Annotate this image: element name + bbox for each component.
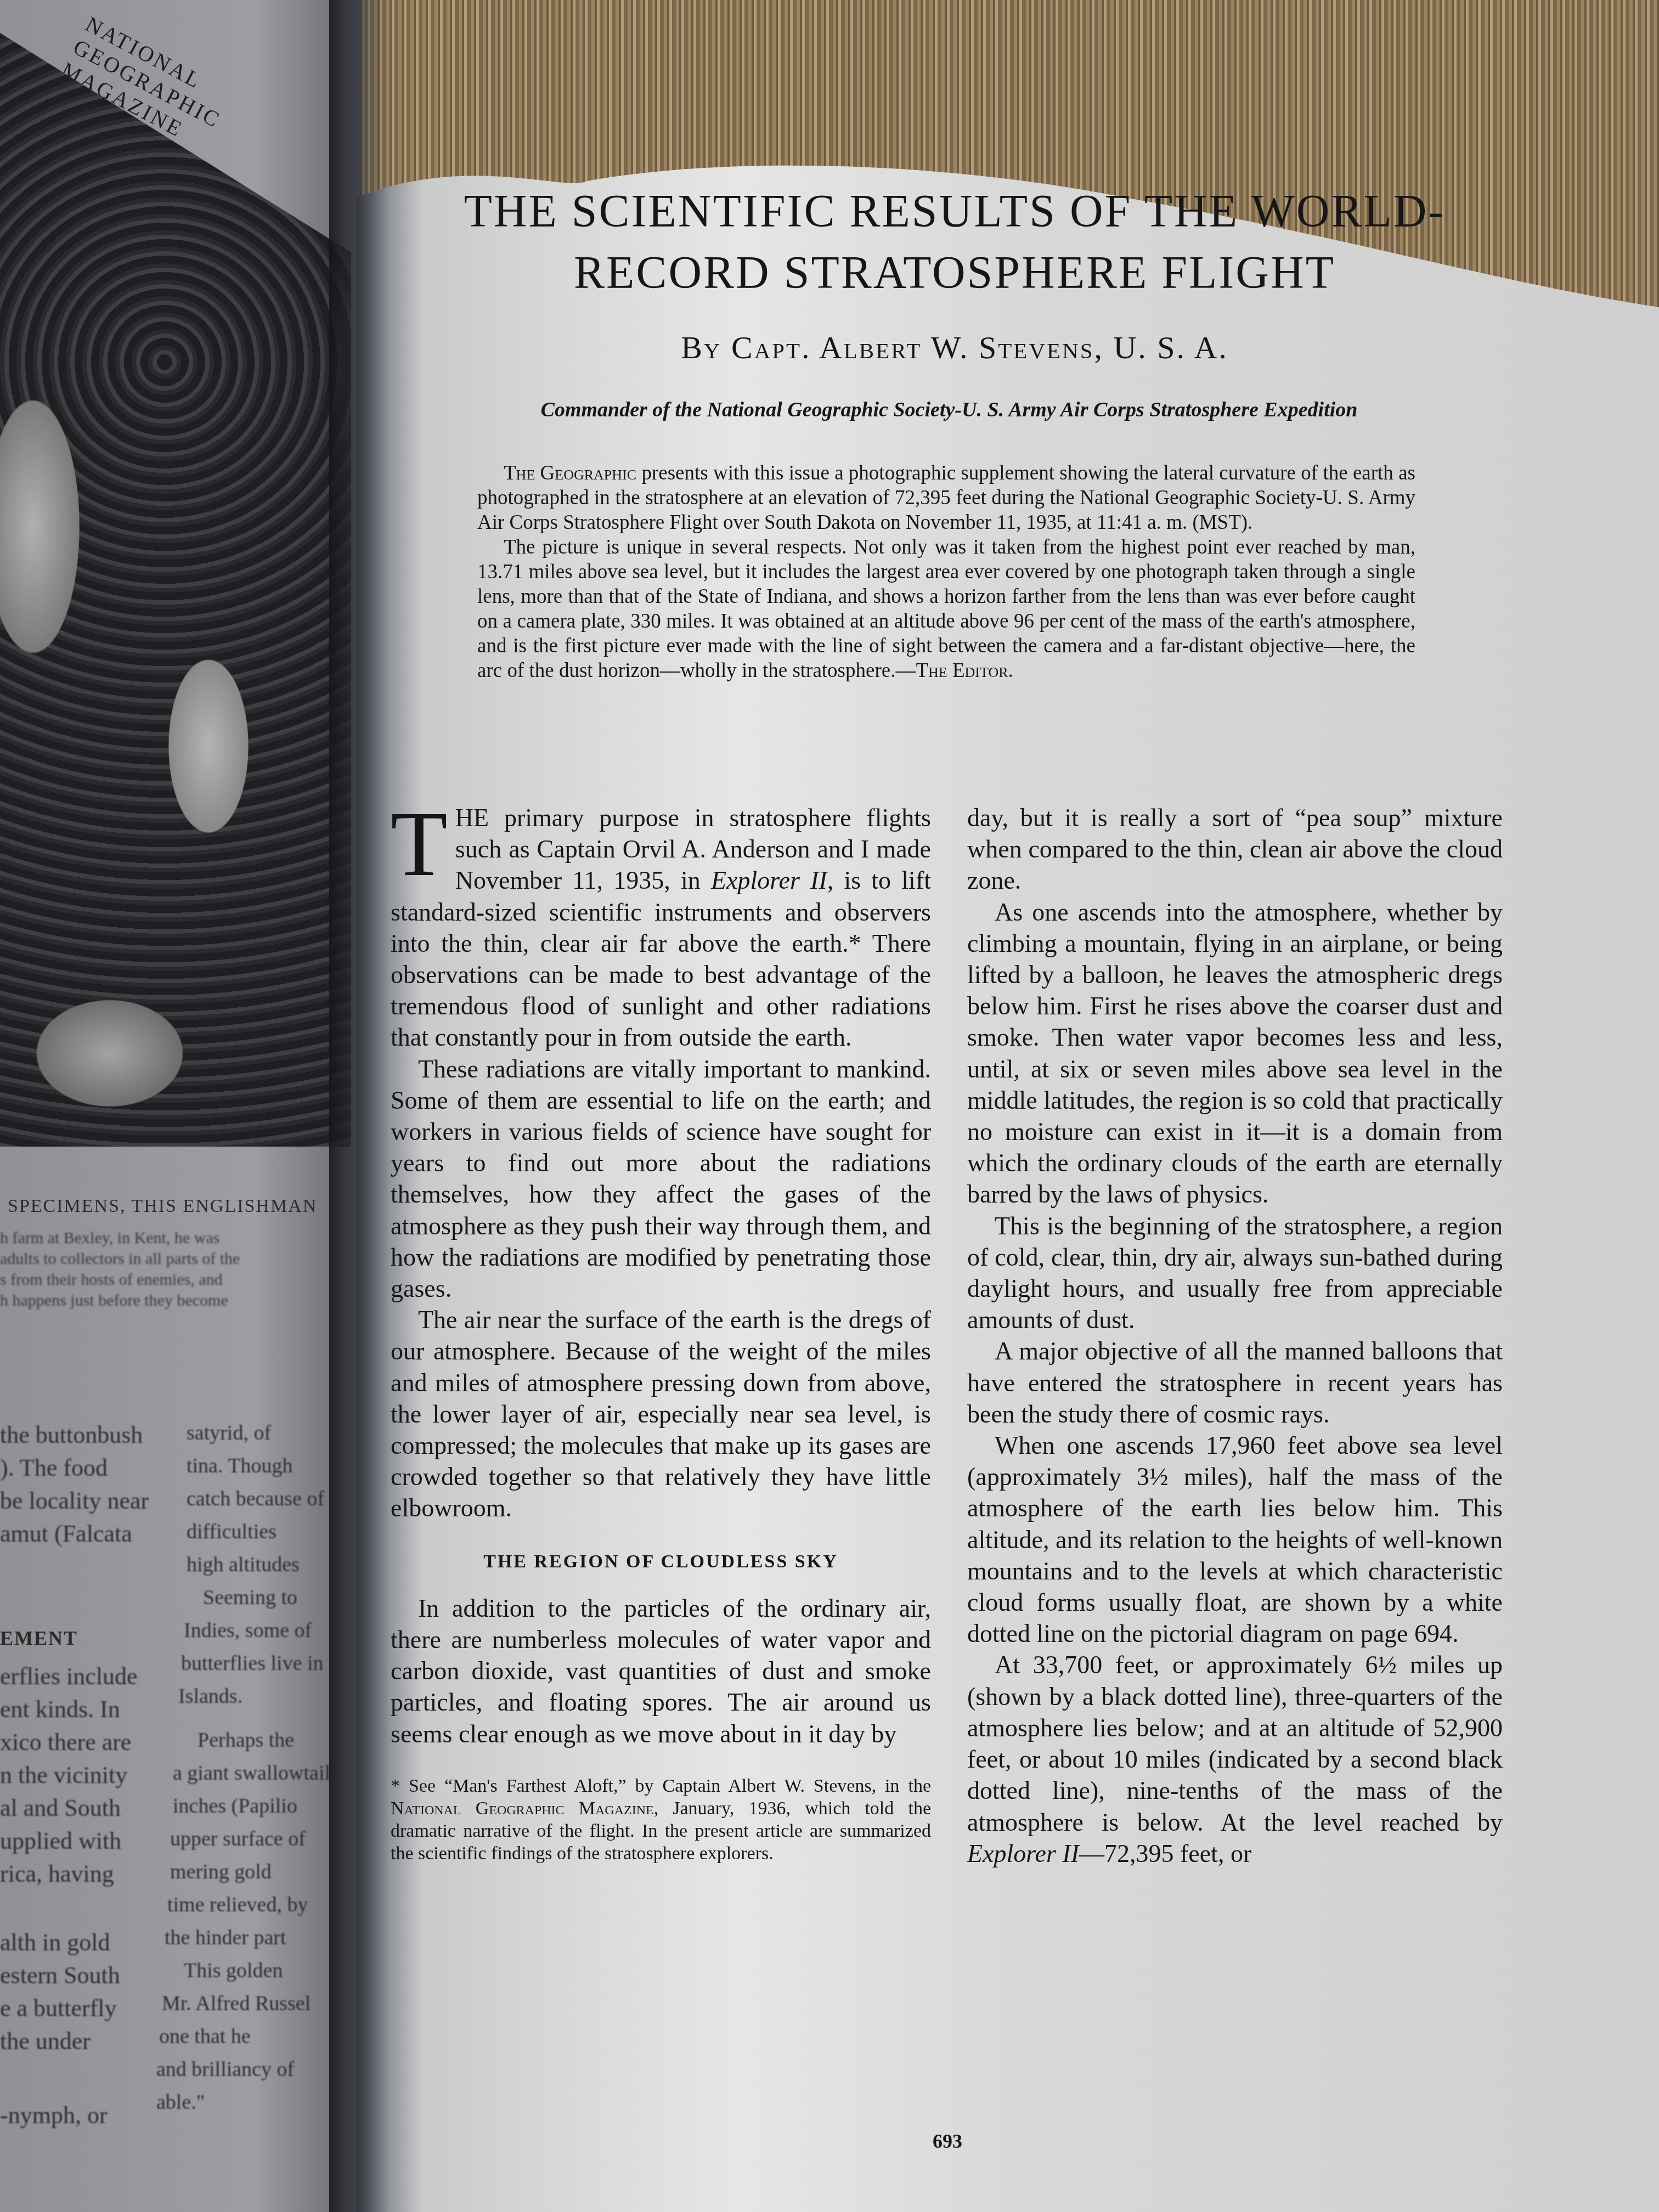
footnote: * See “Man's Farthest Aloft,” by Captain… [391, 1775, 931, 1865]
body-paragraph: These radiations are vitally important t… [391, 1053, 931, 1305]
body-paragraph: As one ascends into the atmosphere, whet… [967, 896, 1503, 1210]
page-number: 693 [933, 2130, 962, 2153]
drop-cap: T [391, 805, 448, 882]
body-paragraph: day, but it is really a sort of “pea sou… [967, 802, 1503, 896]
body-paragraph: When one ascends 17,960 feet above sea l… [967, 1430, 1503, 1649]
section-subhead: THE REGION OF CLOUDLESS SKY [391, 1546, 931, 1577]
body-paragraph: A major objective of all the manned ball… [967, 1335, 1503, 1430]
editor-signature: The Editor. [916, 659, 1013, 682]
footnote-text: * See “Man's Farthest Aloft,” by Captain… [391, 1776, 931, 1796]
magazine-name: National Geographic Magazine [391, 1798, 654, 1819]
author-affiliation: Commander of the National Geographic Soc… [428, 398, 1470, 422]
body-text: —72,395 feet, or [1079, 1839, 1251, 1867]
body-paragraph: At 33,700 feet, or approximately 6½ mile… [967, 1649, 1503, 1869]
vessel-name: Explorer II [711, 866, 827, 894]
editor-note-lead: The Geographic [504, 462, 636, 484]
editor-note-paragraph-1: The Geographic presents with this issue … [477, 461, 1415, 535]
article-byline: By Capt. Albert W. Stevens, U. S. A. [406, 329, 1503, 366]
editor-note: The Geographic presents with this issue … [477, 461, 1415, 683]
article-title-line-1: THE SCIENTIFIC RESULTS OF THE WORLD- [464, 186, 1446, 237]
body-paragraph: In addition to the particles of the ordi… [391, 1593, 931, 1750]
article-page-693: THE SCIENTIFIC RESULTS OF THE WORLD- REC… [0, 0, 1659, 2212]
body-paragraph: THE primary purpose in stratosphere flig… [391, 802, 931, 1053]
body-column-left: THE primary purpose in stratosphere flig… [391, 802, 931, 1865]
article-title-line-2: RECORD STRATOSPHERE FLIGHT [574, 247, 1335, 298]
body-paragraph: This is the beginning of the stratospher… [967, 1210, 1503, 1336]
body-text: At 33,700 feet, or approximately 6½ mile… [967, 1651, 1503, 1836]
vessel-name: Explorer II [967, 1839, 1079, 1867]
article-title: THE SCIENTIFIC RESULTS OF THE WORLD- REC… [406, 181, 1503, 304]
body-paragraph: The air near the surface of the earth is… [391, 1304, 931, 1523]
body-column-right: day, but it is really a sort of “pea sou… [967, 802, 1503, 1869]
editor-note-paragraph-2: The picture is unique in several respect… [477, 535, 1415, 683]
